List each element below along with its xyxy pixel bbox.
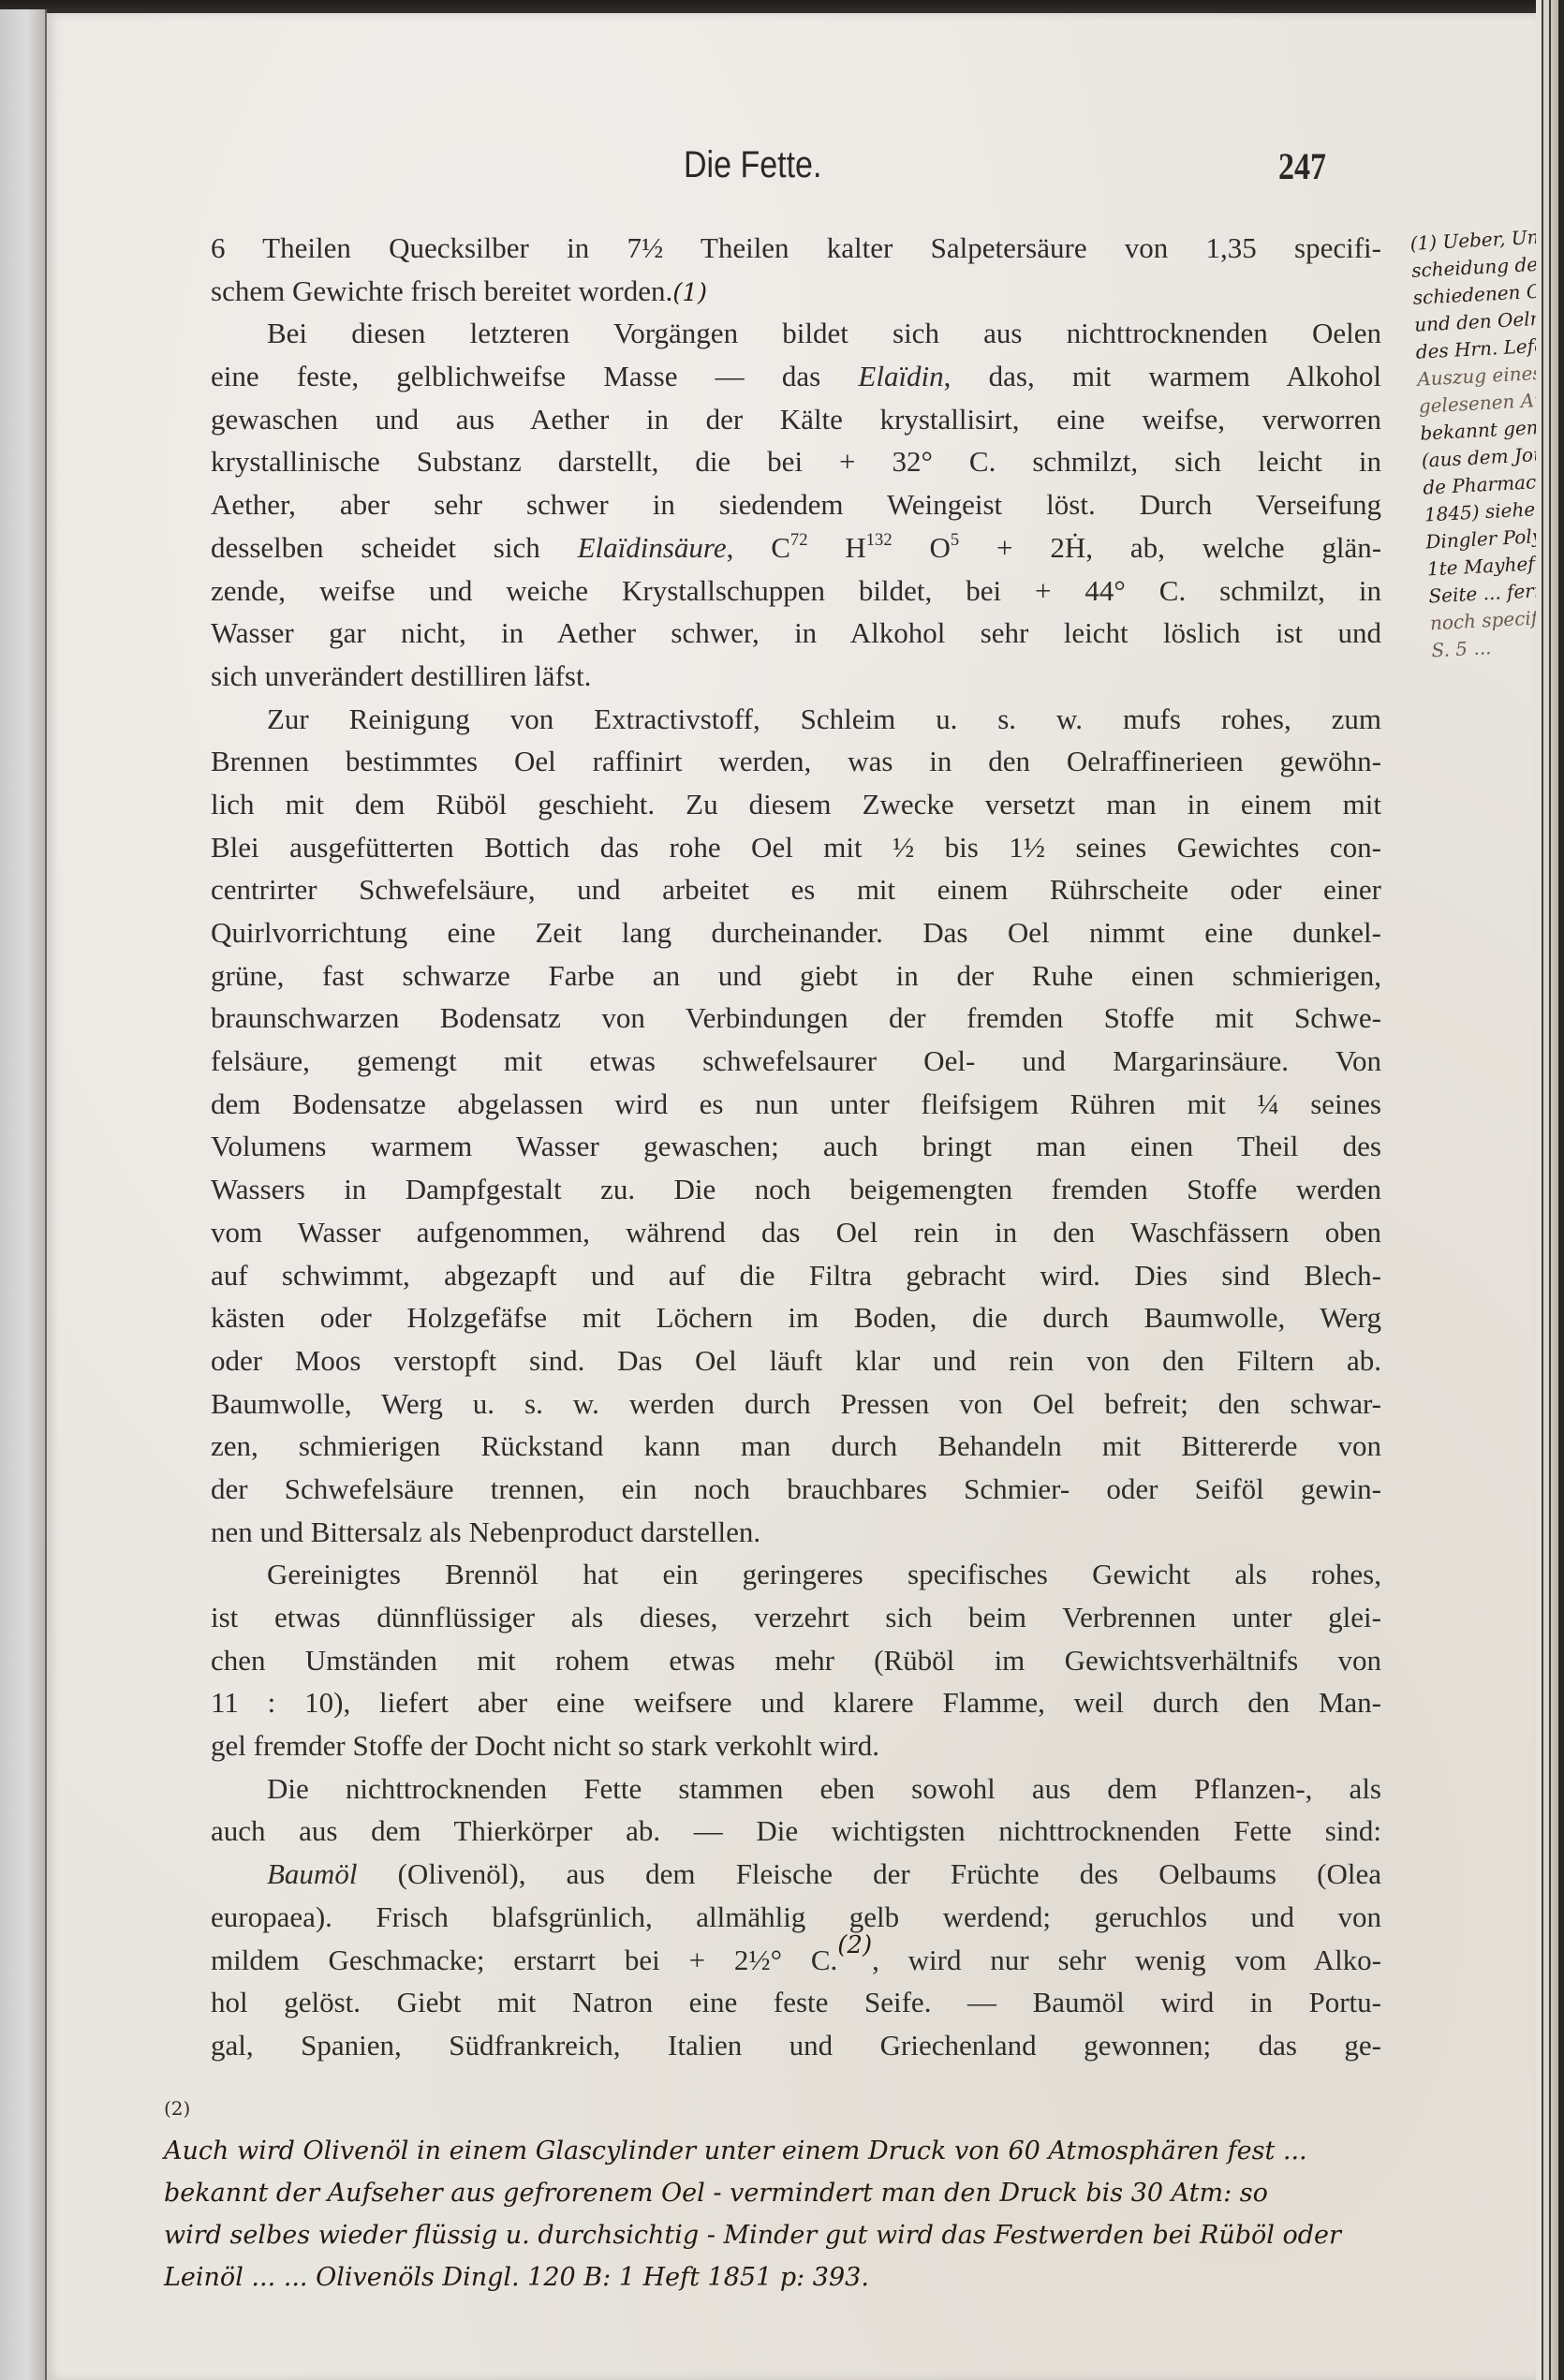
text-line: kästen oder Holzgefäfse mit Löchern im B… — [211, 1296, 1381, 1339]
body-text: 6 Theilen Quecksilber in 7½ Theilen kalt… — [211, 227, 1381, 2067]
text-line: Baumöl (Olivenöl), aus dem Fleische der … — [211, 1853, 1381, 1896]
footnote-line: (2) Auch wird Olivenöl in einem Glascyli… — [164, 2088, 1512, 2172]
text-segment: eine feste, gelblichweifse Masse — das — [211, 360, 858, 392]
book-page: Die Fette. 247 6 Theilen Quecksilber in … — [47, 13, 1536, 2380]
text-line: auf schwimmt, abgezapft und auf die Filt… — [211, 1254, 1381, 1297]
text-line: gal, Spanien, Südfrankreich, Italien und… — [211, 2024, 1381, 2067]
text-line: europaea). Frisch blafsgrünlich, allmähl… — [211, 1896, 1381, 1939]
text-line: hol gelöst. Giebt mit Natron eine feste … — [211, 1981, 1381, 2024]
text-line: Wassers in Dampfgestalt zu. Die noch bei… — [211, 1168, 1381, 1211]
term-elaidinsaeure: Elaïdinsäure — [578, 531, 727, 564]
text-segment: + 2Ḣ, ab, welche glän- — [959, 531, 1381, 564]
text-line: felsäure, gemengt mit etwas schwefelsaur… — [211, 1040, 1381, 1083]
page-number: 247 — [1278, 144, 1326, 188]
chemical-formula: C72 H132 O5 — [771, 531, 959, 564]
text-segment: desselben scheidet sich — [211, 531, 578, 564]
text-line: grüne, fast schwarze Farbe an und giebt … — [211, 954, 1381, 998]
text-line: Blei ausgefütterten Bottich das rohe Oel… — [211, 826, 1381, 869]
footnote-mark-2: (2) — [837, 1930, 872, 1959]
text-segment: schem Gewichte frisch bereitet worden. — [211, 274, 672, 307]
previous-page-edge — [0, 9, 47, 2380]
text-line: Volumens warmem Wasser gewaschen; auch b… — [211, 1125, 1381, 1168]
formula-subscript: 132 — [866, 530, 893, 550]
text-line: zende, weifse und weiche Krystallschuppe… — [211, 569, 1381, 613]
term-baumoel: Baumöl — [267, 1857, 357, 1890]
text-segment: , das, mit warmem Alkohol — [944, 360, 1381, 392]
text-line: desselben scheidet sich Elaïdinsäure, C7… — [211, 526, 1381, 569]
text-line: centrirter Schwefelsäure, und arbeitet e… — [211, 868, 1381, 911]
footnote-line: wird selbes wieder flüssig u. durchsicht… — [164, 2214, 1512, 2256]
text-line: oder Moos verstopft sind. Das Oel läuft … — [211, 1339, 1381, 1382]
text-line: lich mit dem Rüböl geschieht. Zu diesem … — [211, 783, 1381, 826]
footnote-text: Auch wird Olivenöl in einem Glascylinder… — [164, 2130, 1512, 2172]
text-line: vom Wasser aufgenommen, während das Oel … — [211, 1211, 1381, 1254]
text-line: schem Gewichte frisch bereitet worden.(1… — [211, 270, 1381, 313]
text-line: dem Bodensatze abgelassen wird es nun un… — [211, 1083, 1381, 1126]
text-line: Die nichttrocknenden Fette stammen eben … — [211, 1767, 1381, 1811]
footnote-line: bekannt der Aufseher aus gefrorenem Oel … — [164, 2172, 1512, 2214]
text-segment: , — [727, 531, 772, 564]
text-line: ist etwas dünnflüssiger als dieses, verz… — [211, 1596, 1381, 1639]
text-line: sich unverändert destilliren läfst. — [211, 655, 1381, 698]
footnote-mark-1: (1) — [672, 279, 707, 307]
formula-subscript: 5 — [951, 530, 959, 550]
text-line: eine feste, gelblichweifse Masse — das E… — [211, 355, 1381, 398]
text-line: krystallinische Substanz darstellt, die … — [211, 440, 1381, 483]
text-line: nen und Bittersalz als Nebenproduct dars… — [211, 1511, 1381, 1554]
text-line: chen Umständen mit rohem etwas mehr (Rüb… — [211, 1639, 1381, 1682]
text-segment: (Olivenöl), aus dem Fleische der Früchte… — [357, 1857, 1381, 1890]
formula-element: O — [893, 531, 951, 564]
running-title: Die Fette. — [684, 144, 821, 186]
text-line: Bei diesen letzteren Vorgängen bildet si… — [211, 312, 1381, 355]
text-segment: , wird nur sehr wenig vom Alko- — [872, 1944, 1381, 1976]
text-line: Gereinigtes Brennöl hat ein geringeres s… — [211, 1553, 1381, 1596]
page-header: Die Fette. 247 — [47, 144, 1536, 200]
text-line: zen, schmierigen Rückstand kann man durc… — [211, 1425, 1381, 1468]
text-line: Wasser gar nicht, in Aether schwer, in A… — [211, 612, 1381, 655]
formula-element: C — [771, 531, 790, 564]
formula-element: H — [807, 531, 865, 564]
text-line: braunschwarzen Bodensatz von Verbindunge… — [211, 997, 1381, 1040]
text-line: Brennen bestimmtes Oel raffinirt werden,… — [211, 740, 1381, 783]
text-line: 11 : 10), liefert aber eine weifsere und… — [211, 1681, 1381, 1724]
text-line: der Schwefelsäure trennen, ein noch brau… — [211, 1468, 1381, 1511]
text-line: 6 Theilen Quecksilber in 7½ Theilen kalt… — [211, 227, 1381, 270]
text-line: Aether, aber sehr schwer in siedendem We… — [211, 483, 1381, 526]
text-line: Baumwolle, Werg u. s. w. werden durch Pr… — [211, 1382, 1381, 1426]
text-line: mildem Geschmacke; erstarrt bei + 2½° C.… — [211, 1939, 1381, 1982]
text-line: Quirlvorrichtung eine Zeit lang durchein… — [211, 911, 1381, 954]
text-line: gewaschen und aus Aether in der Kälte kr… — [211, 398, 1381, 441]
text-line: Zur Reinigung von Extractivstoff, Schlei… — [211, 698, 1381, 741]
term-elaidin: Elaïdin — [858, 360, 943, 392]
text-line: gel fremder Stoffe der Docht nicht so st… — [211, 1724, 1381, 1767]
book-fore-edge — [1536, 0, 1564, 2380]
text-segment: mildem Geschmacke; erstarrt bei + 2½° C. — [211, 1944, 837, 1976]
formula-subscript: 72 — [790, 530, 808, 550]
handwritten-footnote: (2) Auch wird Olivenöl in einem Glascyli… — [164, 2088, 1512, 2299]
text-line: auch aus dem Thierkörper ab. — Die wicht… — [211, 1810, 1381, 1853]
footnote-number: (2) — [164, 2088, 1512, 2130]
footnote-line: Leinöl ... ... Olivenöls Dingl. 120 B: 1… — [164, 2256, 1512, 2299]
